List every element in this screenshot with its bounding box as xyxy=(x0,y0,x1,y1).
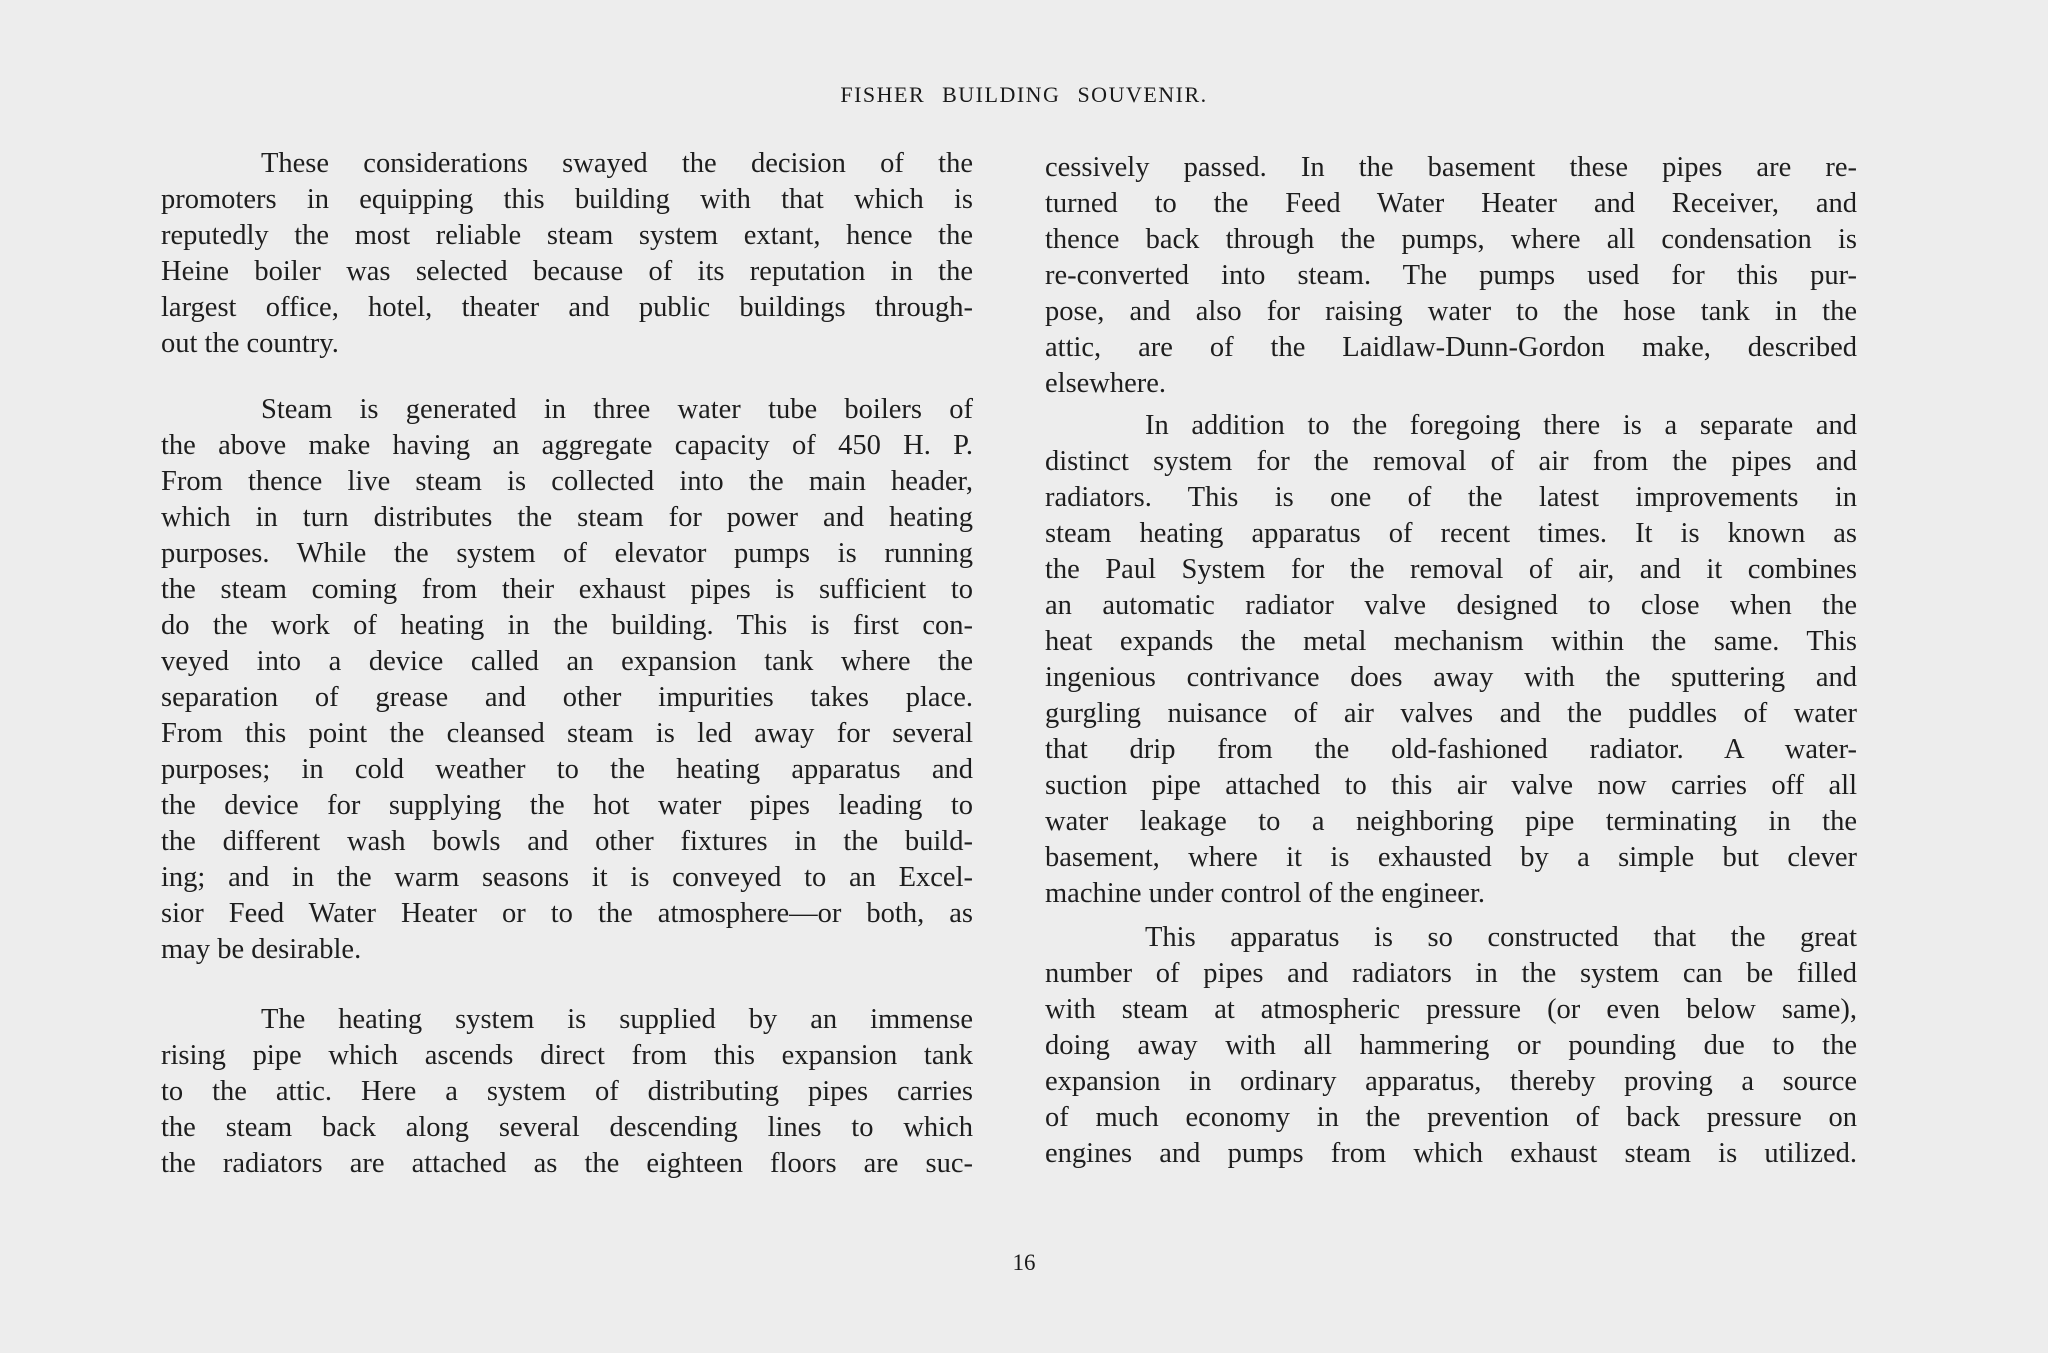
text-line: purposes; in cold weather to the heating… xyxy=(161,752,973,788)
text-line: the steam back along several descending … xyxy=(161,1110,973,1146)
text-line: From this point the cleansed steam is le… xyxy=(161,716,973,752)
text-line: The heating system is supplied by an imm… xyxy=(261,1002,973,1038)
text-line: These considerations swayed the decision… xyxy=(261,146,973,182)
text-line: with steam at atmospheric pressure (or e… xyxy=(1045,992,1857,1028)
text-line: which in turn distributes the steam for … xyxy=(161,500,973,536)
text-line: gurgling nuisance of air valves and the … xyxy=(1045,696,1857,732)
text-line: reputedly the most reliable steam system… xyxy=(161,218,973,254)
text-line: doing away with all hammering or poundin… xyxy=(1045,1028,1857,1064)
running-header: FISHER BUILDING SOUVENIR. xyxy=(0,82,2048,108)
text-line: expansion in ordinary apparatus, thereby… xyxy=(1045,1064,1857,1100)
text-line: purposes. While the system of elevator p… xyxy=(161,536,973,572)
text-line: thence back through the pumps, where all… xyxy=(1045,222,1857,258)
text-line: an automatic radiator valve designed to … xyxy=(1045,588,1857,624)
text-line: sior Feed Water Heater or to the atmosph… xyxy=(161,896,973,932)
text-line: to the attic. Here a system of distribut… xyxy=(161,1074,973,1110)
text-line: the different wash bowls and other fixtu… xyxy=(161,824,973,860)
text-line: that drip from the old-fashioned radiato… xyxy=(1045,732,1857,768)
text-line: cessively passed. In the basement these … xyxy=(1045,150,1857,186)
text-line: of much economy in the prevention of bac… xyxy=(1045,1100,1857,1136)
text-line: This apparatus is so constructed that th… xyxy=(1145,920,1857,956)
text-line: heat expands the metal mechanism within … xyxy=(1045,624,1857,660)
text-line: Steam is generated in three water tube b… xyxy=(261,392,973,428)
text-line: turned to the Feed Water Heater and Rece… xyxy=(1045,186,1857,222)
text-line: promoters in equipping this building wit… xyxy=(161,182,973,218)
text-line: suction pipe attached to this air valve … xyxy=(1045,768,1857,804)
text-line: the radiators are attached as the eighte… xyxy=(161,1146,973,1182)
text-line: separation of grease and other impuritie… xyxy=(161,680,973,716)
text-line: attic, are of the Laidlaw-Dunn-Gordon ma… xyxy=(1045,330,1857,366)
text-line: veyed into a device called an expansion … xyxy=(161,644,973,680)
page-number: 16 xyxy=(0,1250,2048,1276)
scanned-page: FISHER BUILDING SOUVENIR. These consider… xyxy=(0,0,2048,1353)
text-line: number of pipes and radiators in the sys… xyxy=(1045,956,1857,992)
text-line: largest office, hotel, theater and publi… xyxy=(161,290,973,326)
text-line: ingenious contrivance does away with the… xyxy=(1045,660,1857,696)
text-line: do the work of heating in the building. … xyxy=(161,608,973,644)
text-line: basement, where it is exhausted by a sim… xyxy=(1045,840,1857,876)
text-line: the above make having an aggregate capac… xyxy=(161,428,973,464)
text-line: machine under control of the engineer. xyxy=(1045,876,1857,912)
text-line: the steam coming from their exhaust pipe… xyxy=(161,572,973,608)
text-line: In addition to the foregoing there is a … xyxy=(1145,408,1857,444)
text-line: pose, and also for raising water to the … xyxy=(1045,294,1857,330)
text-line: distinct system for the removal of air f… xyxy=(1045,444,1857,480)
text-line: out the country. xyxy=(161,326,973,362)
text-line: rising pipe which ascends direct from th… xyxy=(161,1038,973,1074)
text-line: radiators. This is one of the latest imp… xyxy=(1045,480,1857,516)
text-line: From thence live steam is collected into… xyxy=(161,464,973,500)
text-line: the device for supplying the hot water p… xyxy=(161,788,973,824)
text-line: elsewhere. xyxy=(1045,366,1857,402)
text-line: ing; and in the warm seasons it is conve… xyxy=(161,860,973,896)
text-line: steam heating apparatus of recent times.… xyxy=(1045,516,1857,552)
text-line: re-converted into steam. The pumps used … xyxy=(1045,258,1857,294)
text-line: may be desirable. xyxy=(161,932,973,968)
text-line: water leakage to a neighboring pipe term… xyxy=(1045,804,1857,840)
text-line: engines and pumps from which exhaust ste… xyxy=(1045,1136,1857,1172)
text-line: the Paul System for the removal of air, … xyxy=(1045,552,1857,588)
text-line: Heine boiler was selected because of its… xyxy=(161,254,973,290)
